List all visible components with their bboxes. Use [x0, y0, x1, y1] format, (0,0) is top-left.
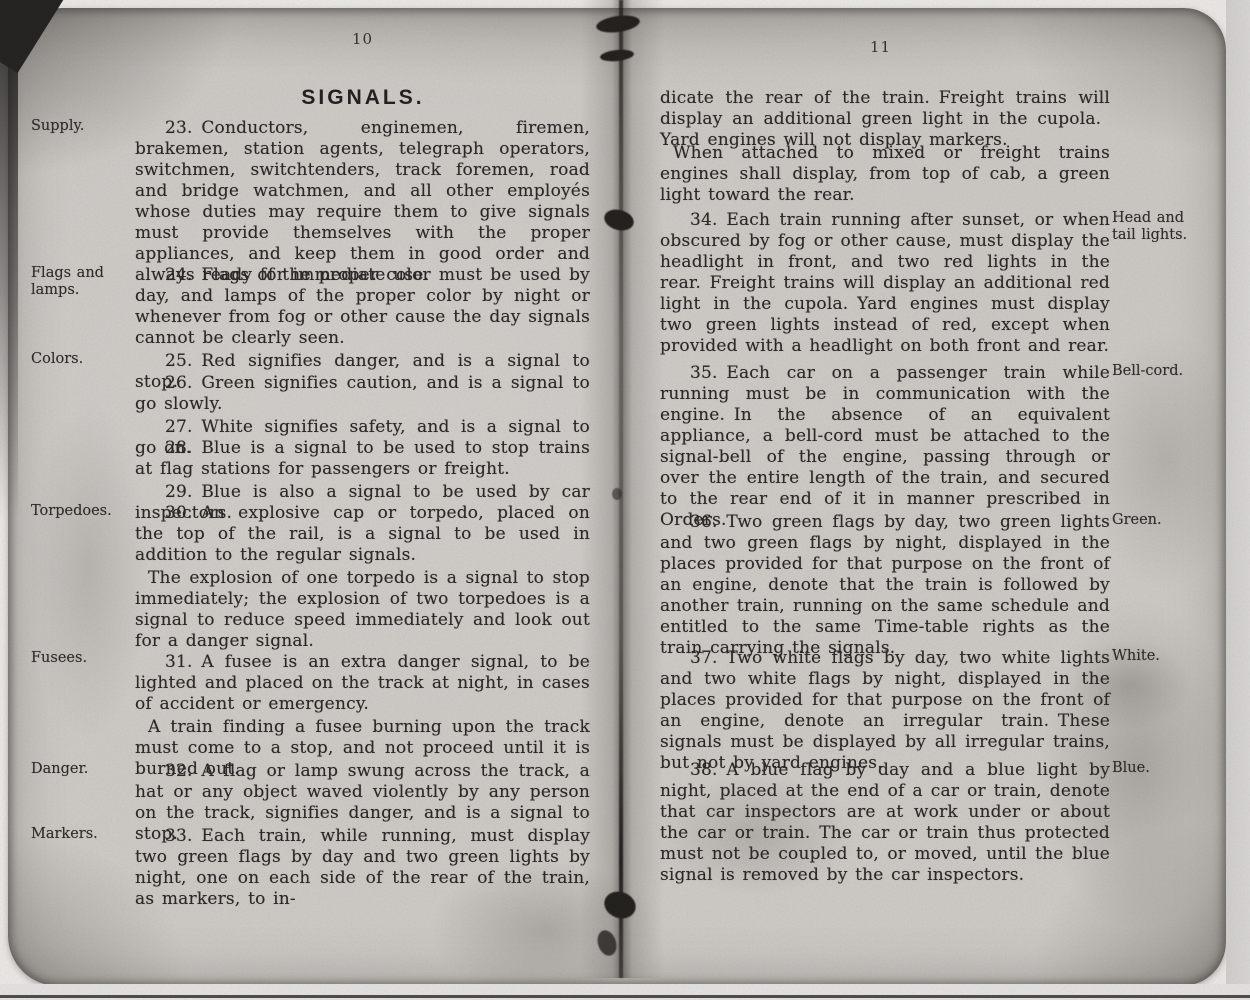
scanner-background-right	[1226, 0, 1250, 1000]
margin-note-torpedoes: Torpedoes.	[31, 503, 127, 520]
margin-note-supply: Supply.	[31, 118, 127, 135]
rule-37: 37. Two white flags by day, two white li…	[660, 648, 1110, 774]
rule-33-continued: dicate the rear of the train. Freight tr…	[660, 88, 1110, 151]
margin-note-danger: Danger.	[31, 761, 127, 778]
margin-note-white: White.	[1112, 648, 1212, 665]
rule-23: 23. Conductors, enginemen, firemen, brak…	[135, 118, 590, 286]
rule-33-note: When attached to mixed or freight trains…	[660, 143, 1110, 206]
margin-note-colors: Colors.	[31, 351, 127, 368]
rule-35: 35. Each car on a passenger train while …	[660, 363, 1110, 531]
rule-24: 24. Flags of the proper color must be us…	[135, 265, 590, 349]
margin-note-blue: Blue.	[1112, 760, 1212, 777]
margin-note-markers: Markers.	[31, 826, 127, 843]
page-title: SIGNALS.	[137, 86, 589, 110]
rule-38: 38. A blue flag by day and a blue light …	[660, 760, 1110, 886]
page-number-left: 10	[352, 30, 373, 48]
margin-note-green: Green.	[1112, 512, 1212, 529]
rule-28: 28. Blue is a signal to be used to stop …	[135, 438, 590, 480]
rule-30: 30. An explosive cap or torpedo, placed …	[135, 503, 590, 566]
margin-note-flags-lamps: Flags and lamps.	[31, 265, 127, 299]
rule-36: 36. Two green flags by day, two green li…	[660, 512, 1110, 659]
margin-note-head-tail-lights: Head and tail lights.	[1112, 210, 1212, 244]
page-number-right: 11	[870, 38, 891, 56]
book-scan: 10 SIGNALS. Supply. Flags and lamps. Col…	[0, 0, 1250, 1000]
rule-34: 34. Each train running after sunset, or …	[660, 210, 1110, 357]
margin-note-fusees: Fusees.	[31, 650, 127, 667]
scan-edge-line	[0, 995, 1250, 998]
rule-33: 33. Each train, while running, must disp…	[135, 826, 590, 910]
rule-30-note: The explosion of one torpedo is a signal…	[135, 568, 590, 652]
book-cover-edge	[0, 0, 18, 520]
rule-26: 26. Green signifies caution, and is a si…	[135, 373, 590, 415]
rule-31: 31. A fusee is an extra danger signal, t…	[135, 652, 590, 715]
margin-note-bell-cord: Bell-cord.	[1112, 363, 1212, 380]
